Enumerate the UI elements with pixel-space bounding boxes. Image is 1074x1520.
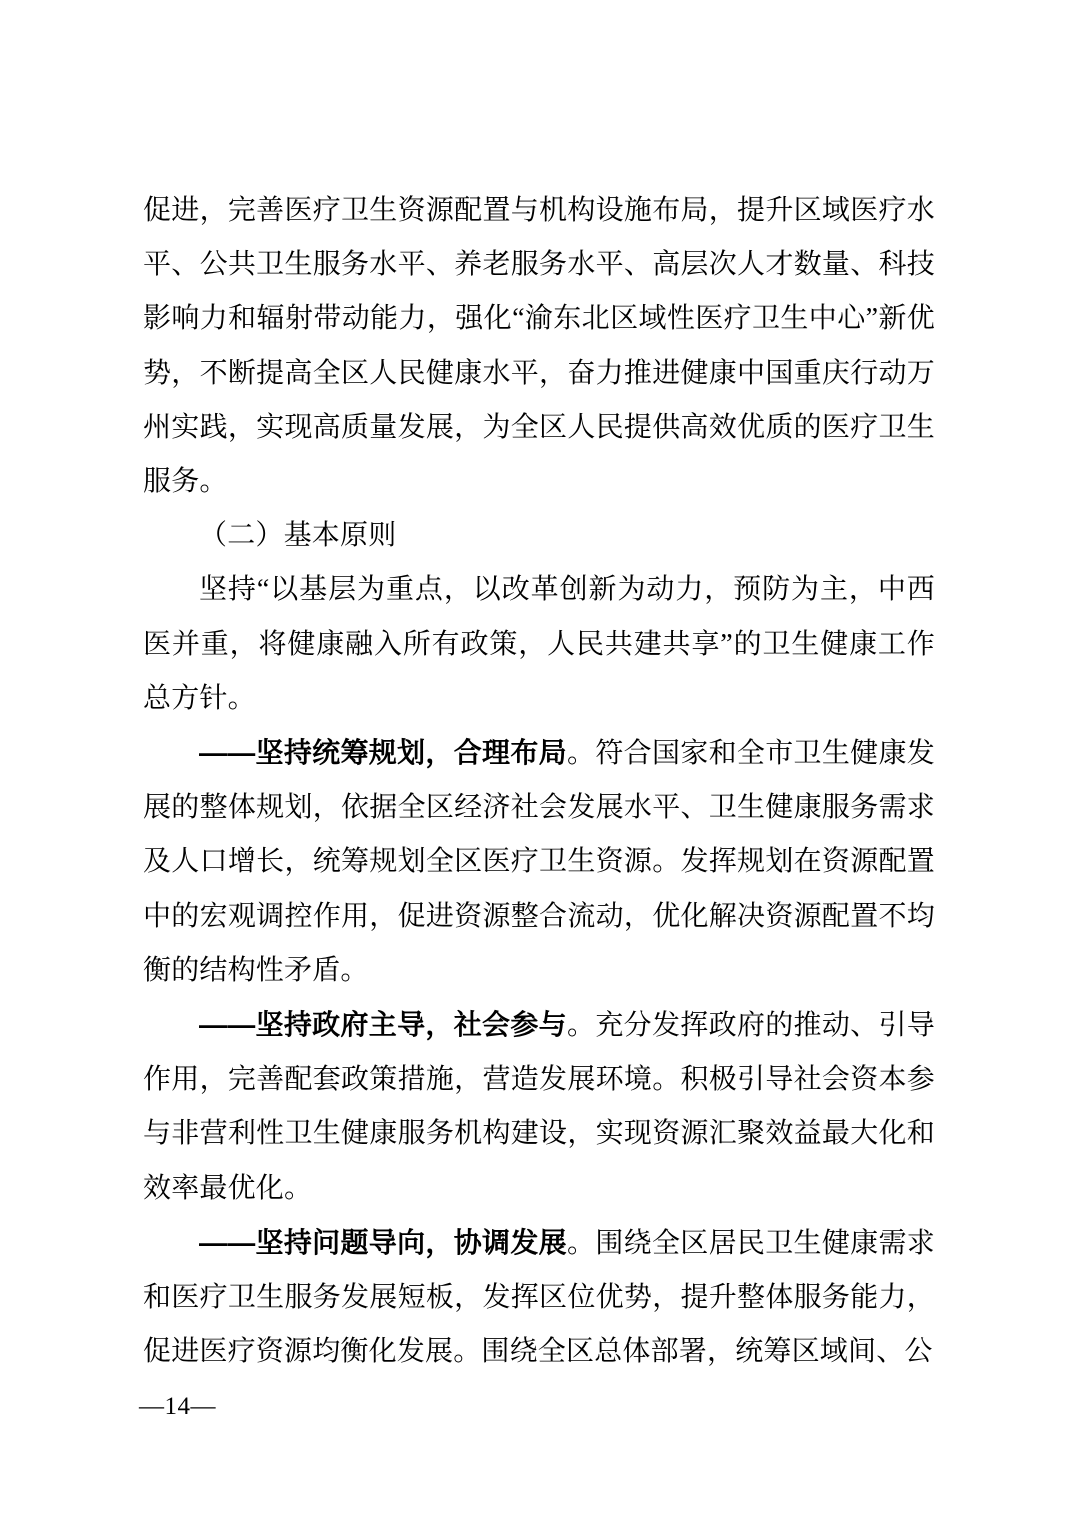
paragraph-continuation: 促进，完善医疗卫生资源配置与机构设施布局，提升区域医疗水平、公共卫生服务水平、养… xyxy=(143,184,935,509)
section-heading: （二）基本原则 xyxy=(143,509,935,563)
paragraph-general-policy: 坚持“以基层为重点，以改革创新为动力，预防为主，中西医并重，将健康融入所有政策，… xyxy=(143,563,935,726)
paragraph-principle-3: ——坚持问题导向，协调发展。围绕全区居民卫生健康需求和医疗卫生服务发展短板，发挥… xyxy=(143,1216,935,1380)
text-run: （二）基本原则 xyxy=(199,520,396,551)
text-run: 促进，完善医疗卫生资源配置与机构设施布局，提升区域医疗水平、公共卫生服务水平、养… xyxy=(143,195,935,497)
page-number: —14— xyxy=(139,1392,216,1422)
document-body: 促进，完善医疗卫生资源配置与机构设施布局，提升区域医疗水平、公共卫生服务水平、养… xyxy=(143,184,935,1379)
bold-lead-in: ——坚持统筹规划，合理布局 xyxy=(199,737,567,768)
paragraph-principle-1: ——坚持统筹规划，合理布局。符合国家和全市卫生健康发展的整体规划，依据全区经济社… xyxy=(143,726,935,998)
text-run: 。符合国家和全市卫生健康发展的整体规划，依据全区经济社会发展水平、卫生健康服务需… xyxy=(143,738,935,986)
paragraph-principle-2: ——坚持政府主导，社会参与。充分发挥政府的推动、引导作用，完善配套政策措施，营造… xyxy=(143,998,935,1216)
bold-lead-in: ——坚持政府主导，社会参与 xyxy=(199,1009,567,1040)
bold-lead-in: ——坚持问题导向，协调发展 xyxy=(199,1227,567,1258)
document-page: 促进，完善医疗卫生资源配置与机构设施布局，提升区域医疗水平、公共卫生服务水平、养… xyxy=(0,0,1074,1520)
text-run: 坚持“以基层为重点，以改革创新为动力，预防为主，中西医并重，将健康融入所有政策，… xyxy=(143,574,935,713)
